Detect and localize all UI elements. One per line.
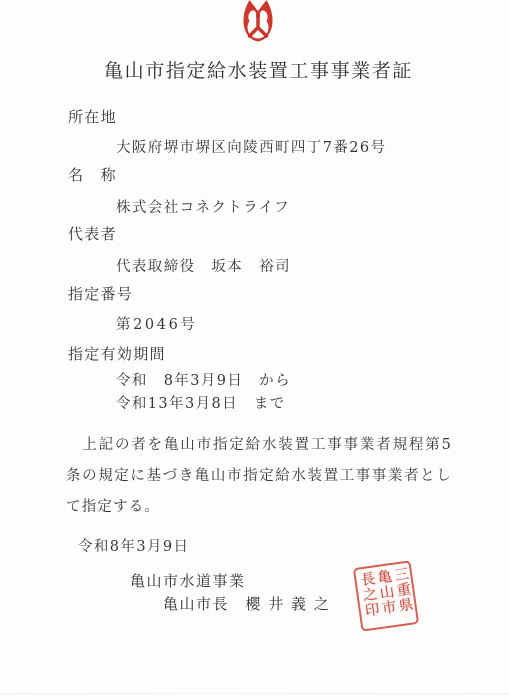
field-label-designation-number: 指定番号 xyxy=(68,283,133,304)
scan-artifact-line xyxy=(0,693,509,694)
certificate-title: 亀山市指定給水装置工事事業者証 xyxy=(104,56,413,83)
field-label-location: 所在地 xyxy=(68,106,117,127)
field-value-location: 大阪府堺市堺区向陵西町四丁7番26号 xyxy=(116,136,386,157)
field-label-valid-period: 指定有効期間 xyxy=(68,343,166,364)
issue-date: 令和8年3月9日 xyxy=(78,535,189,556)
issuer-title-and-name: 亀山市長 櫻 井 義 之 xyxy=(163,593,330,614)
field-label-name: 名 称 xyxy=(68,164,117,185)
official-seal: 三重県亀山市長之印 xyxy=(353,560,419,631)
field-value-valid-period-from: 令和 8年3月9日 から xyxy=(116,369,291,390)
official-seal-text: 三重県亀山市長之印 xyxy=(357,566,414,627)
field-label-representative: 代表者 xyxy=(68,223,117,244)
field-value-name: 株式会社コネクトライフ xyxy=(116,196,290,217)
issuer-organization: 亀山市水道事業 xyxy=(130,570,246,591)
kameyama-city-emblem-icon xyxy=(243,0,273,42)
field-value-representative: 代表取締役 坂本 裕司 xyxy=(116,255,291,276)
field-value-designation-number: 第2046号 xyxy=(116,313,198,334)
certificate-document: 亀山市指定給水装置工事事業者証 所在地 大阪府堺市堺区向陵西町四丁7番26号 名… xyxy=(0,0,509,700)
field-value-valid-period-to: 令和13年3月8日 まで xyxy=(116,392,286,413)
designation-statement: 上記の者を亀山市指定給水装置工事事業者規程第5条の規定に基づき亀山市指定給水装置… xyxy=(66,430,452,523)
